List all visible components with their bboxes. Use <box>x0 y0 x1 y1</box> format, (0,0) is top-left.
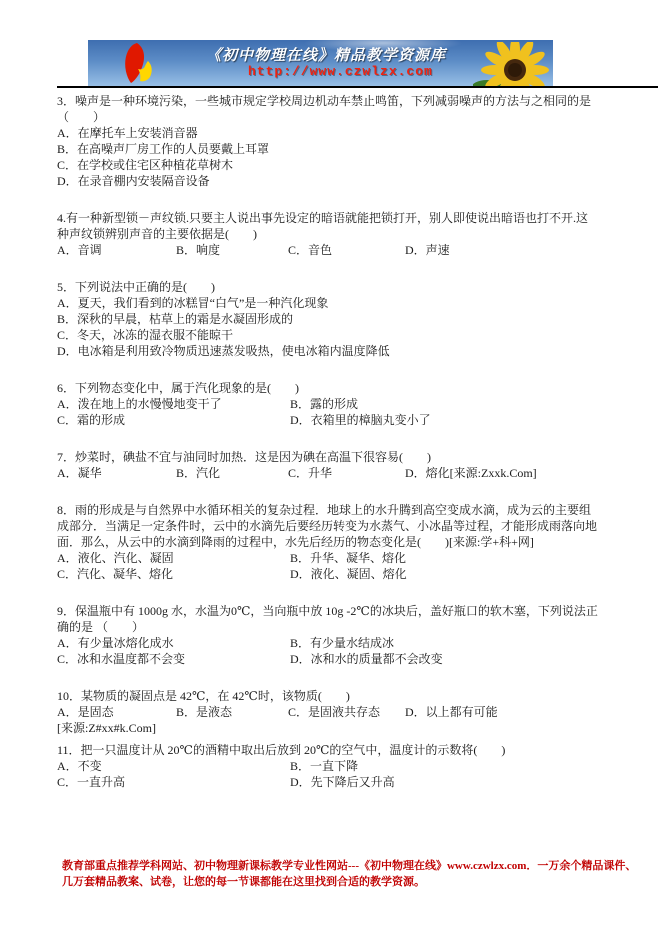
option: D．以上都有可能 <box>405 704 498 720</box>
option-text: 音调 <box>78 243 102 257</box>
option: D．冰和水的质量都不会改变 <box>290 651 443 667</box>
option: B．一直下降 <box>290 758 358 774</box>
options-row: A．在摩托车上安装消音器 <box>57 125 617 141</box>
option-label: D． <box>57 344 78 358</box>
option: A．夏天，我们看到的冰糕冒“白气”是一种汽化现象 <box>57 295 328 311</box>
option: B．有少量水结成冰 <box>290 635 394 651</box>
options-row: C．冰和水温度都不会变D．冰和水的质量都不会改变 <box>57 651 617 667</box>
option-label: D． <box>290 652 311 666</box>
option-label: B． <box>57 142 77 156</box>
option-text: 一直下降 <box>310 759 358 773</box>
footer-line-1: 教育部重点推荐学科网站、初中物理新课标教学专业性网站---《初中物理在线》www… <box>62 858 642 874</box>
option: D．熔化[来源:Zxxk.Com] <box>405 465 537 481</box>
option: D．液化、凝固、熔化 <box>290 566 407 582</box>
question-stem-line: 确的是 （ ） <box>57 619 617 635</box>
question-stem-line: 面．那么，从云中的水滴到降雨的过程中，水先后经历的物态变化是( )[来源:学+科… <box>57 534 617 550</box>
option-label: B． <box>176 466 196 480</box>
question-block: 4.有一种新型锁－声纹锁.只要主人说出事先设定的暗语就能把锁打开，别人即使说出暗… <box>57 210 617 258</box>
banner-url: http://www.czwlzx.com <box>248 64 458 79</box>
option-label: B． <box>57 312 77 326</box>
question-stem-line: 成部分．当满足一定条件时，云中的水滴先后要经历转变为水蒸气、小冰晶等过程，才能形… <box>57 518 617 534</box>
question-stem-line: 11．把一只温度计从 20℃的酒精中取出后放到 20℃的空气中，温度计的示数将(… <box>57 742 617 758</box>
options-row: A．凝华B．汽化C．升华D．熔化[来源:Zxxk.Com] <box>57 465 617 481</box>
options-row: A．是固态B．是液态C．是固液共存态D．以上都有可能 <box>57 704 617 720</box>
option-label: C． <box>288 243 308 257</box>
options-row: C．冬天，冰冻的湿衣服不能晾干 <box>57 327 617 343</box>
option-label: B． <box>290 636 310 650</box>
option: B．是液态 <box>176 704 288 720</box>
option: C．冰和水温度都不会变 <box>57 651 290 667</box>
option-label: D． <box>290 567 311 581</box>
option-label: B． <box>290 551 310 565</box>
header-divider <box>57 86 658 88</box>
option: C．冬天，冰冻的湿衣服不能晾干 <box>57 327 233 343</box>
option: D．衣箱里的樟脑丸变小了 <box>290 412 431 428</box>
option-text: 一直升高 <box>77 775 125 789</box>
option: A．不变 <box>57 758 290 774</box>
option-text: 是固液共存态 <box>308 705 380 719</box>
option: B．露的形成 <box>290 396 358 412</box>
option-label: C． <box>57 652 77 666</box>
worksheet-page: { "header": { "banner_title": "《初中物理在线》精… <box>0 0 661 936</box>
question-block: 11．把一只温度计从 20℃的酒精中取出后放到 20℃的空气中，温度计的示数将(… <box>57 742 617 790</box>
site-banner: 《初中物理在线》精品教学资源库 http://www.czwlzx.com <box>88 40 553 86</box>
option: C．是固液共存态 <box>288 704 405 720</box>
options-row: B．深秋的早晨，枯草上的霜是水凝固形成的 <box>57 311 617 327</box>
options-row: A．液化、汽化、凝固B．升华、凝华、熔化 <box>57 550 617 566</box>
option-label: B． <box>176 705 196 719</box>
option-label: A． <box>57 397 78 411</box>
option: A．有少量冰熔化成水 <box>57 635 290 651</box>
option-label: C． <box>57 328 77 342</box>
sunflower-icon <box>473 42 553 86</box>
option-text: 霜的形成 <box>77 413 125 427</box>
question-stem-line: 8．雨的形成是与自然界中水循环相关的复杂过程．地球上的水升腾到高空变成水滴，成为… <box>57 502 617 518</box>
option-text: 在摩托车上安装消音器 <box>78 126 198 140</box>
option-text: 汽化、凝华、熔化 <box>77 567 173 581</box>
option-text: 有少量水结成冰 <box>310 636 394 650</box>
option-text: 液化、凝固、熔化 <box>311 567 407 581</box>
options-row: D．在录音棚内安装隔音设备 <box>57 173 617 189</box>
option: B．在高噪声厂房工作的人员要戴上耳罩 <box>57 141 269 157</box>
option-text: 露的形成 <box>310 397 358 411</box>
option: B．响度 <box>176 242 288 258</box>
options-row: C．一直升高D．先下降后又升高 <box>57 774 617 790</box>
option-text: 汽化 <box>196 466 220 480</box>
option-label: A． <box>57 296 78 310</box>
option: C．在学校或住宅区种植花草树木 <box>57 157 233 173</box>
options-row: C．汽化、凝华、熔化D．液化、凝固、熔化 <box>57 566 617 582</box>
question-block: 10．某物质的凝固点是 42℃，在 42℃时，该物质( )A．是固态B．是液态C… <box>57 688 617 736</box>
option-label: D． <box>405 466 426 480</box>
option-text: 电冰箱是利用致冷物质迅速蒸发吸热，使电冰箱内温度降低 <box>78 344 390 358</box>
option-text: 升华 <box>308 466 332 480</box>
option: B．升华、凝华、熔化 <box>290 550 406 566</box>
option-text: 在高噪声厂房工作的人员要戴上耳罩 <box>77 142 269 156</box>
option-text: 夏天，我们看到的冰糕冒“白气”是一种汽化现象 <box>78 296 329 310</box>
option-label: D． <box>405 705 426 719</box>
options-row: A．泼在地上的水慢慢地变干了B．露的形成 <box>57 396 617 412</box>
footer-line-2: 几万套精品教案、试卷，让您的每一节课都能在这里找到合适的教学资源。 <box>62 874 642 890</box>
option: A．在摩托车上安装消音器 <box>57 125 198 141</box>
option-text: 在录音棚内安装隔音设备 <box>78 174 210 188</box>
option-text: 先下降后又升高 <box>311 775 395 789</box>
question-stem-line: 种声纹锁辨别声音的主要依据是( ) <box>57 226 617 242</box>
option-text: 升华、凝华、熔化 <box>310 551 406 565</box>
option-label: A． <box>57 466 78 480</box>
question-block: 5．下列说法中正确的是( )A．夏天，我们看到的冰糕冒“白气”是一种汽化现象B．… <box>57 279 617 359</box>
question-stem-line: 9．保温瓶中有 1000g 水，水温为0℃，当向瓶中放 10g -2℃的冰块后，… <box>57 603 617 619</box>
question-stem-line: 5．下列说法中正确的是( ) <box>57 279 617 295</box>
option-text: 是固态 <box>78 705 114 719</box>
option-label: A． <box>57 759 78 773</box>
option: A．音调 <box>57 242 176 258</box>
option-text: 冰和水温度都不会变 <box>77 652 185 666</box>
option-text: 液化、汽化、凝固 <box>78 551 174 565</box>
option-text: 是液态 <box>196 705 232 719</box>
option-text: 不变 <box>78 759 102 773</box>
option-text: 音色 <box>308 243 332 257</box>
option-label: C． <box>288 705 308 719</box>
flame-logo-icon <box>110 41 168 85</box>
options-row: A．有少量冰熔化成水B．有少量水结成冰 <box>57 635 617 651</box>
option: C．音色 <box>288 242 405 258</box>
option-text: 在学校或住宅区种植花草树木 <box>77 158 233 172</box>
option-label: A． <box>57 126 78 140</box>
option: A．液化、汽化、凝固 <box>57 550 290 566</box>
option-label: A． <box>57 551 78 565</box>
options-row: B．在高噪声厂房工作的人员要戴上耳罩 <box>57 141 617 157</box>
question-block: 6．下列物态变化中，属于汽化现象的是( )A．泼在地上的水慢慢地变干了B．露的形… <box>57 380 617 428</box>
option: C．一直升高 <box>57 774 290 790</box>
question-stem-line: （ ） <box>57 109 617 125</box>
option: D．声速 <box>405 242 450 258</box>
option: D．电冰箱是利用致冷物质迅速蒸发吸热，使电冰箱内温度降低 <box>57 343 390 359</box>
option-label: D． <box>290 775 311 789</box>
question-block: 7．炒菜时，碘盐不宜与油同时加热．这是因为碘在高温下很容易( )A．凝华B．汽化… <box>57 449 617 481</box>
options-row: A．音调B．响度C．音色D．声速 <box>57 242 617 258</box>
banner-title: 《初中物理在线》精品教学资源库 <box>206 44 476 65</box>
option: A．泼在地上的水慢慢地变干了 <box>57 396 290 412</box>
question-stem-line: 3．噪声是一种环境污染，一些城市规定学校周边机动车禁止鸣笛，下列减弱噪声的方法与… <box>57 93 617 109</box>
question-stem-line: 6．下列物态变化中，属于汽化现象的是( ) <box>57 380 617 396</box>
option-text: 泼在地上的水慢慢地变干了 <box>78 397 222 411</box>
option-text: 有少量冰熔化成水 <box>78 636 174 650</box>
question-block: 9．保温瓶中有 1000g 水，水温为0℃，当向瓶中放 10g -2℃的冰块后，… <box>57 603 617 667</box>
question-stem-line: 10．某物质的凝固点是 42℃，在 42℃时，该物质( ) <box>57 688 617 704</box>
option-text: 熔化[来源:Zxxk.Com] <box>426 466 537 480</box>
options-row: A．夏天，我们看到的冰糕冒“白气”是一种汽化现象 <box>57 295 617 311</box>
option-text: 冬天，冰冻的湿衣服不能晾干 <box>77 328 233 342</box>
option: C．霜的形成 <box>57 412 290 428</box>
option-text: 深秋的早晨，枯草上的霜是水凝固形成的 <box>77 312 293 326</box>
option: D．在录音棚内安装隔音设备 <box>57 173 210 189</box>
questions: 3．噪声是一种环境污染，一些城市规定学校周边机动车禁止鸣笛，下列减弱噪声的方法与… <box>57 93 617 811</box>
option: A．凝华 <box>57 465 176 481</box>
option: C．汽化、凝华、熔化 <box>57 566 290 582</box>
question-stem-line: 4.有一种新型锁－声纹锁.只要主人说出事先设定的暗语就能把锁打开，别人即使说出暗… <box>57 210 617 226</box>
options-row: C．霜的形成D．衣箱里的樟脑丸变小了 <box>57 412 617 428</box>
option-text: 以上都有可能 <box>426 705 498 719</box>
question-block: 3．噪声是一种环境污染，一些城市规定学校周边机动车禁止鸣笛，下列减弱噪声的方法与… <box>57 93 617 189</box>
option-label: C． <box>57 158 77 172</box>
options-row: D．电冰箱是利用致冷物质迅速蒸发吸热，使电冰箱内温度降低 <box>57 343 617 359</box>
option: B．汽化 <box>176 465 288 481</box>
option-text: 衣箱里的樟脑丸变小了 <box>311 413 431 427</box>
option-label: B． <box>176 243 196 257</box>
option: C．升华 <box>288 465 405 481</box>
option-label: B． <box>290 759 310 773</box>
option-text: 声速 <box>426 243 450 257</box>
option-text: 响度 <box>196 243 220 257</box>
question-stem-line: 7．炒菜时，碘盐不宜与油同时加热．这是因为碘在高温下很容易( ) <box>57 449 617 465</box>
option-label: A． <box>57 705 78 719</box>
option-label: D． <box>57 174 78 188</box>
option-label: C． <box>57 775 77 789</box>
footer-promo: 教育部重点推荐学科网站、初中物理新课标教学专业性网站---《初中物理在线》www… <box>62 858 642 890</box>
source-tag: [来源:Z#xx#k.Com] <box>57 720 617 736</box>
option-label: C． <box>288 466 308 480</box>
option: B．深秋的早晨，枯草上的霜是水凝固形成的 <box>57 311 293 327</box>
option-label: C． <box>57 413 77 427</box>
option-label: D． <box>405 243 426 257</box>
option-label: D． <box>290 413 311 427</box>
question-block: 8．雨的形成是与自然界中水循环相关的复杂过程．地球上的水升腾到高空变成水滴，成为… <box>57 502 617 582</box>
option-label: C． <box>57 567 77 581</box>
option-label: B． <box>290 397 310 411</box>
options-row: A．不变B．一直下降 <box>57 758 617 774</box>
option-label: A． <box>57 636 78 650</box>
option-text: 冰和水的质量都不会改变 <box>311 652 443 666</box>
option-text: 凝华 <box>78 466 102 480</box>
option: A．是固态 <box>57 704 176 720</box>
option: D．先下降后又升高 <box>290 774 395 790</box>
options-row: C．在学校或住宅区种植花草树木 <box>57 157 617 173</box>
option-label: A． <box>57 243 78 257</box>
